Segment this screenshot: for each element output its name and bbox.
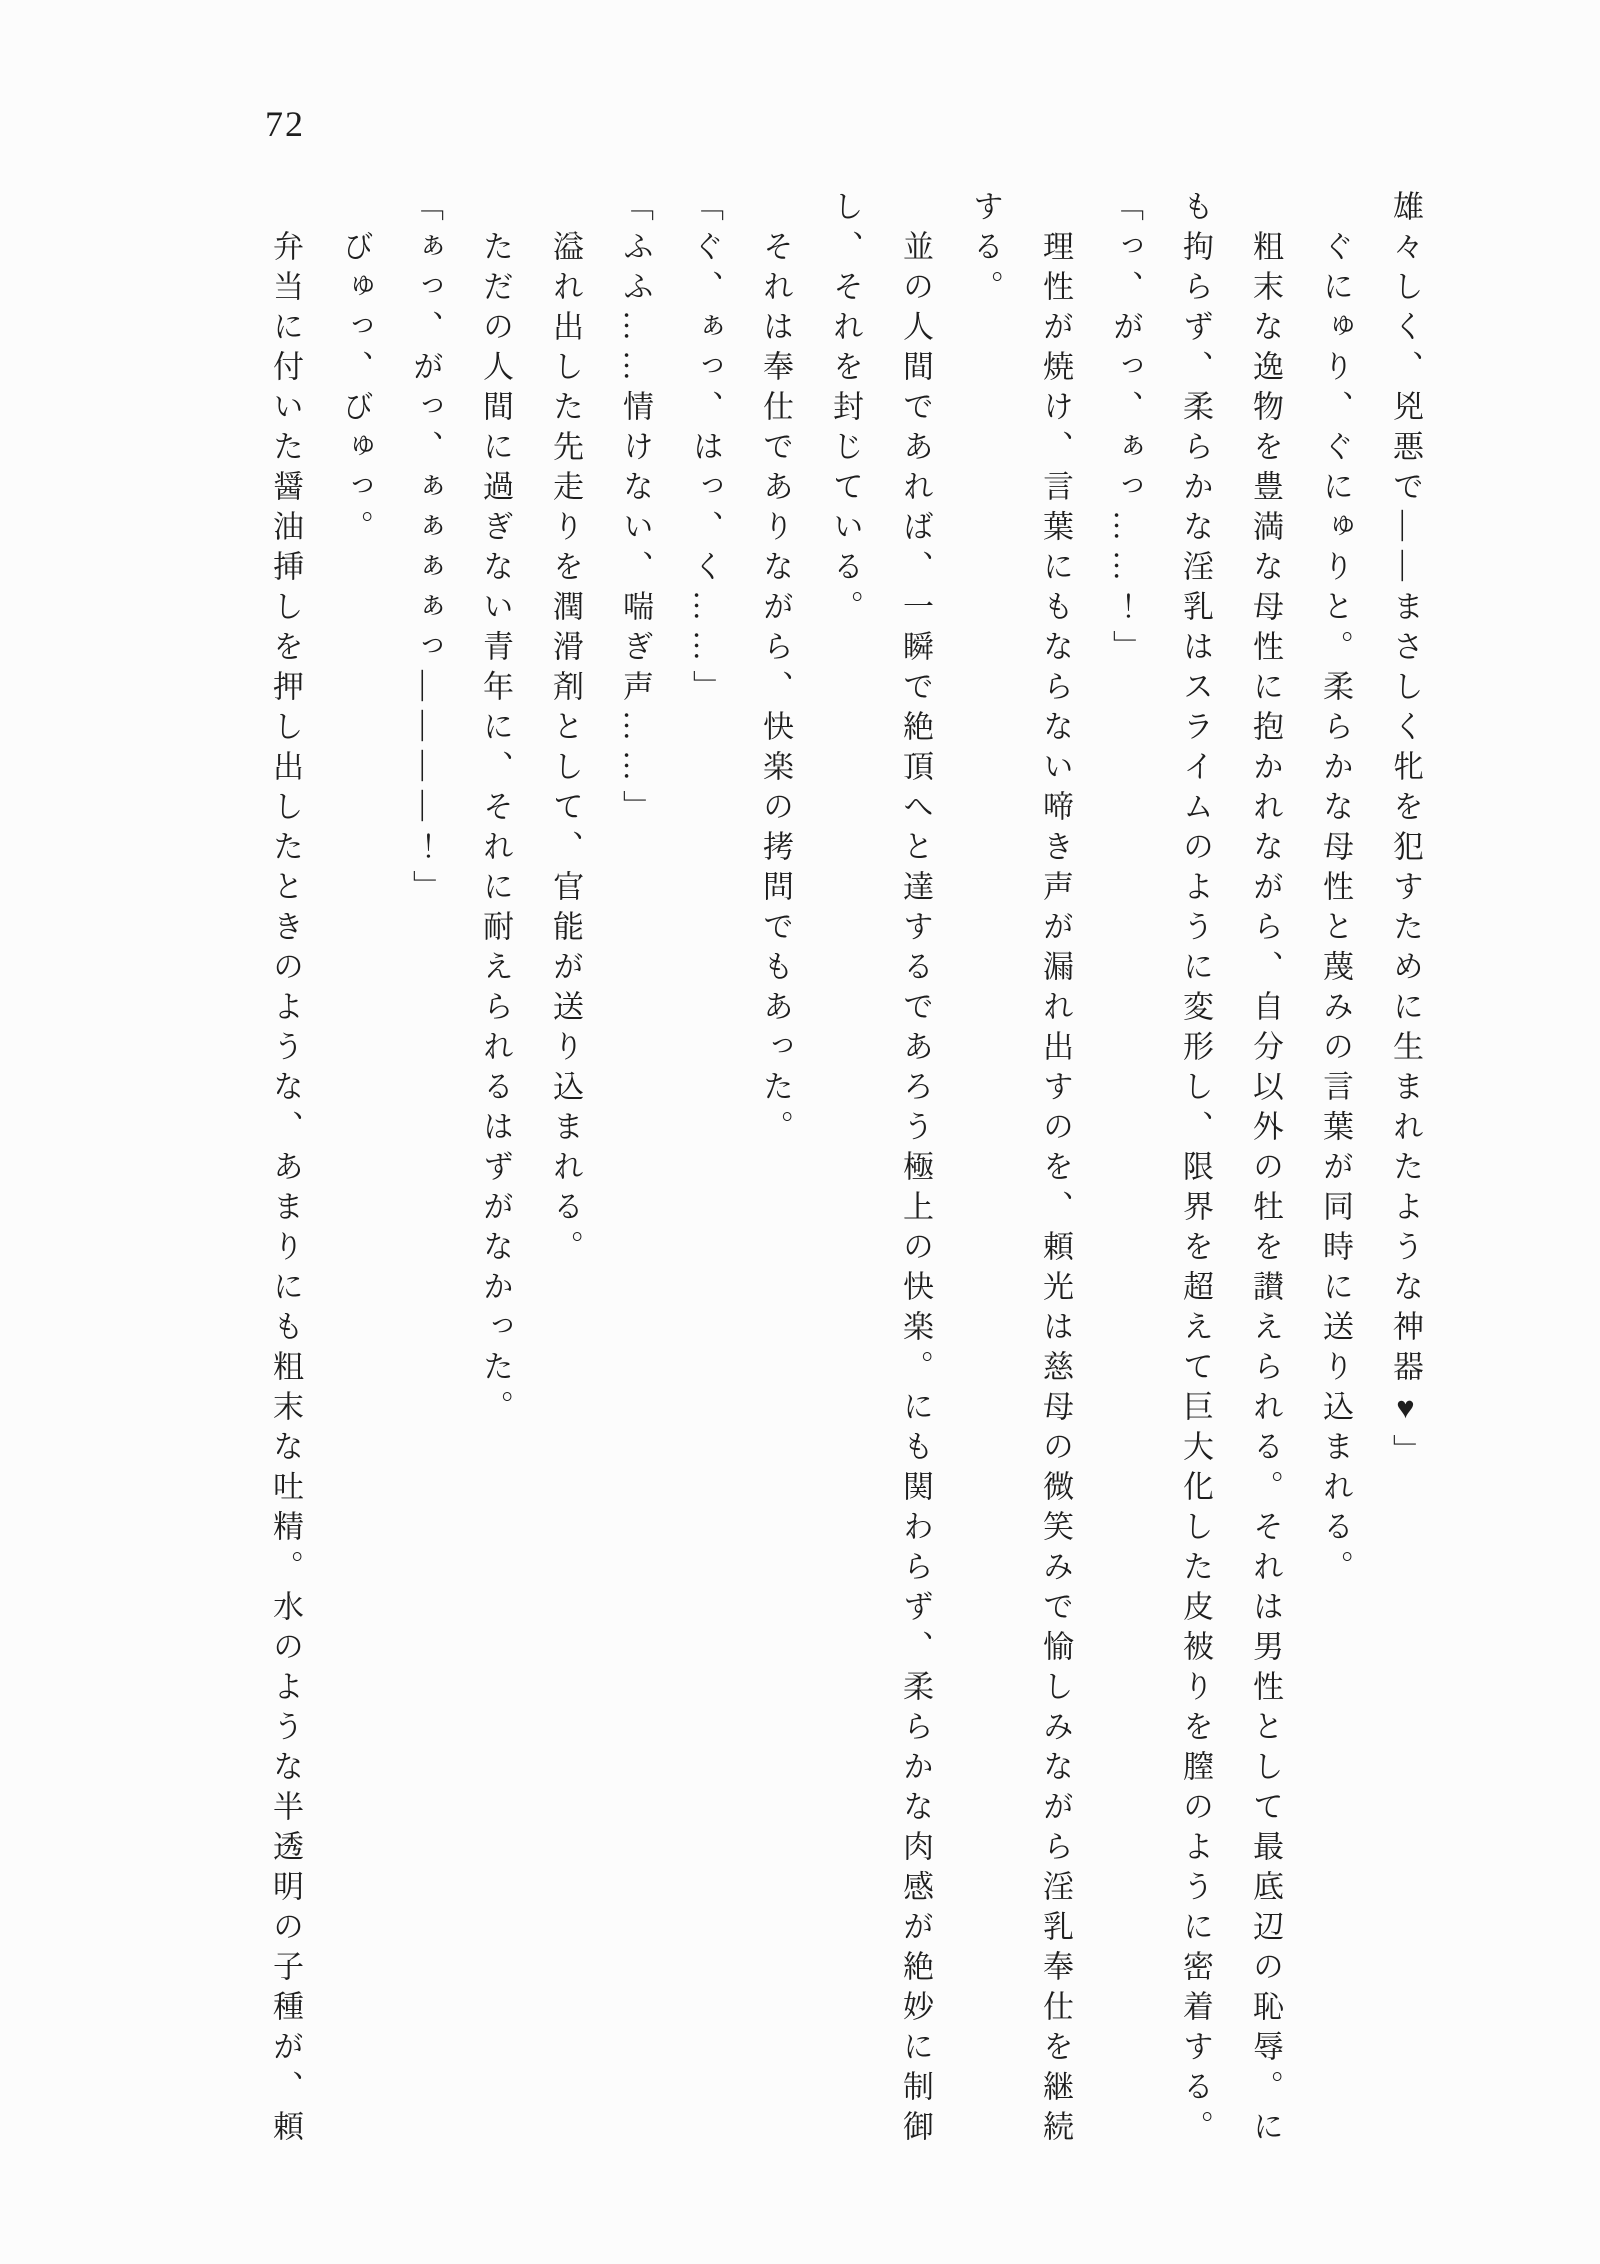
text-column: する。 xyxy=(950,190,1020,2168)
text-column: 弁当に付いた醤油挿しを押し出したときのような、あまりにも粗末な吐精。水のような半… xyxy=(250,190,320,2208)
text-column: 理性が焼け、言葉にもならない啼き声が漏れ出すのを、頼光は慈母の微笑みで愉しみなが… xyxy=(1020,190,1090,2208)
text-column: 「ふふ……情けない、喘ぎ声……」 xyxy=(600,190,670,2168)
text-block: 雄々しく、兇悪で――まさしく牝を犯すために生まれたような神器♥」ぐにゅり、ぐにゅ… xyxy=(250,190,1440,2168)
page-number: 72 xyxy=(265,103,305,145)
text-column: し、それを封じている。 xyxy=(810,190,880,2168)
text-column: も拘らず、柔らかな淫乳はスライムのように変形し、限界を超えて巨大化した皮被りを膣… xyxy=(1160,190,1230,2168)
text-column: ぐにゅり、ぐにゅりと。柔らかな母性と蔑みの言葉が同時に送り込まれる。 xyxy=(1300,190,1370,2208)
text-column: びゅっ、びゅっ。 xyxy=(320,190,390,2208)
book-page: 72 雄々しく、兇悪で――まさしく牝を犯すために生まれたような神器♥」ぐにゅり、… xyxy=(0,0,1600,2264)
text-column: ただの人間に過ぎない青年に、それに耐えられるはずがなかった。 xyxy=(460,190,530,2208)
text-column: 「ぁっ、がっ、ぁぁぁぁっ――――！」 xyxy=(390,190,460,2168)
text-column: それは奉仕でありながら、快楽の拷問でもあった。 xyxy=(740,190,810,2208)
text-column: 「ぐ、ぁっ、はっ、く……」 xyxy=(670,190,740,2168)
text-column: 雄々しく、兇悪で――まさしく牝を犯すために生まれたような神器♥」 xyxy=(1370,190,1440,2168)
text-column: 並の人間であれば、一瞬で絶頂へと達するであろう極上の快楽。にも関わらず、柔らかな… xyxy=(880,190,950,2208)
text-column: 「っ、がっ、ぁっ……！」 xyxy=(1090,190,1160,2168)
text-column: 溢れ出した先走りを潤滑剤として、官能が送り込まれる。 xyxy=(530,190,600,2208)
text-column: 粗末な逸物を豊満な母性に抱かれながら、自分以外の牡を讃えられる。それは男性として… xyxy=(1230,190,1300,2208)
